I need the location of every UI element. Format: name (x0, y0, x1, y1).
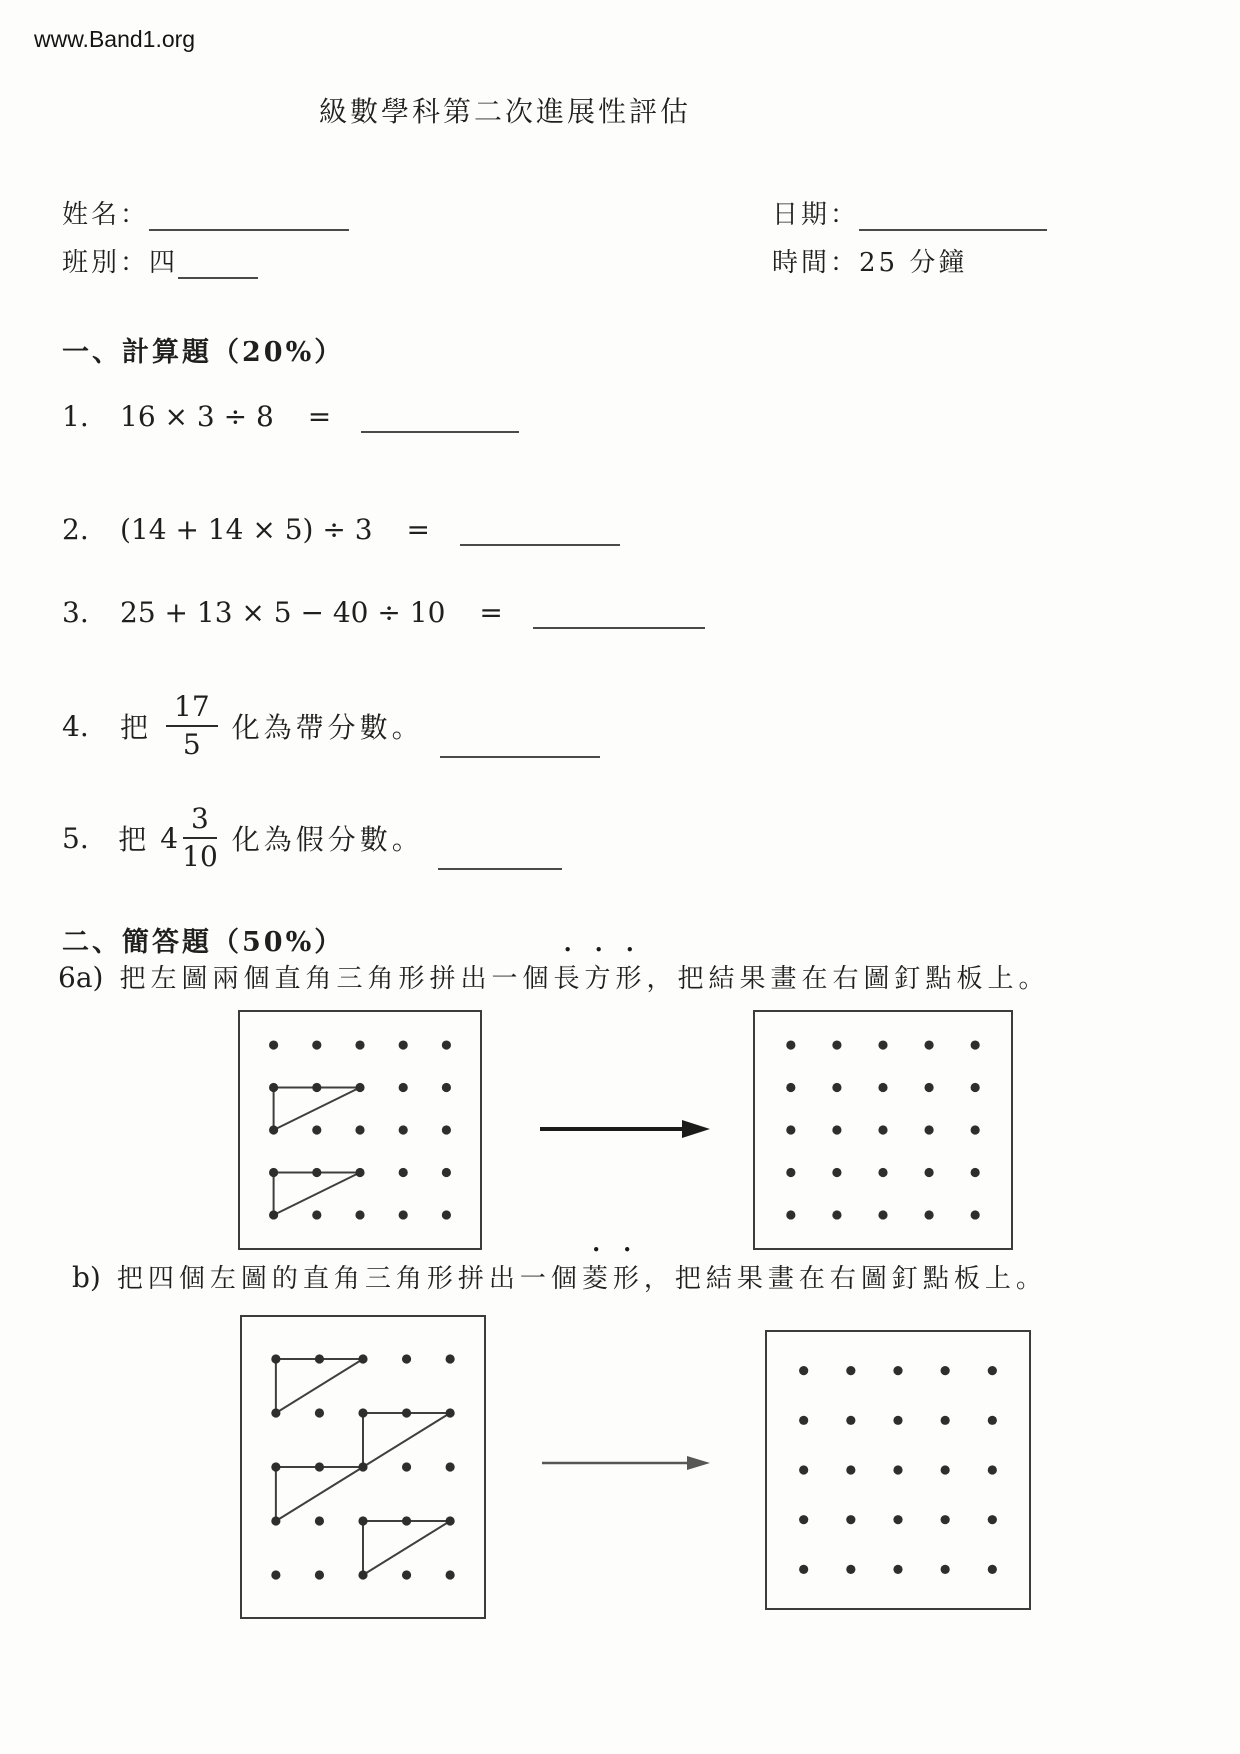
name-blank-line (149, 223, 349, 231)
question-text: 化為帶分數。 (232, 706, 424, 746)
emphasized-term: 長方形 (553, 964, 646, 994)
date-blank-line (859, 223, 1047, 231)
question-label: b) (72, 1261, 101, 1294)
question-2: 2. (14 + 14 × 5) ÷ 3 = (62, 513, 620, 546)
question-text: 把左圖兩個直角三角形拼出一個 (119, 964, 553, 994)
class-blank-line (178, 271, 258, 279)
equals-sign: = (479, 596, 502, 629)
right-arrow-icon (540, 1448, 710, 1478)
class-label: 班別： (62, 242, 149, 279)
section-2-heading: 二、簡答題（50%） (62, 920, 344, 959)
pegboard-6a-left (238, 1010, 482, 1250)
name-field-row: 姓名： (62, 194, 349, 231)
question-text: ，把結果畫在右圖釘點板上。 (647, 964, 1050, 994)
question-3: 3. 25 + 13 × 5 − 40 ÷ 10 = (62, 596, 705, 629)
right-arrow-icon (538, 1112, 710, 1146)
class-value: 四 (149, 242, 178, 279)
fraction: 3 10 (182, 803, 218, 873)
question-number: 1. (62, 400, 120, 433)
question-6a-text: 6a)把左圖兩個直角三角形拼出一個長方形，把結果畫在右圖釘點板上。 (58, 958, 1050, 995)
question-label: 6a) (58, 961, 103, 994)
question-4: 4. 把 17 5 化為帶分數。 (62, 684, 602, 768)
question-text: 把 (120, 706, 152, 746)
question-text: 把 (118, 818, 150, 858)
pegboard-6b-left (240, 1315, 486, 1619)
equals-sign: = (308, 400, 331, 433)
question-6b-text: b)把四個左圖的直角三角形拼出一個菱形，把結果畫在右圖釘點板上。 (72, 1258, 1047, 1295)
answer-blank-line (438, 862, 562, 870)
question-5: 5. 把 4 3 10 化為假分數。 (62, 796, 562, 880)
question-number: 5. (62, 822, 118, 855)
date-field-row: 日期： (772, 194, 1047, 231)
question-expression: (14 + 14 × 5) ÷ 3 (120, 513, 373, 546)
worksheet-page: www.Band1.org 級數學科第二次進展性評估 姓名： 班別： 四 日期：… (0, 0, 1240, 1754)
emphasized-term: 菱形 (582, 1264, 644, 1294)
question-expression: 25 + 13 × 5 − 40 ÷ 10 (120, 596, 445, 629)
fraction-denominator: 5 (183, 727, 201, 761)
question-number: 2. (62, 513, 120, 546)
question-text: ，把結果畫在右圖釘點板上。 (644, 1264, 1047, 1294)
fraction-numerator: 3 (183, 803, 217, 839)
question-text: 化為假分數。 (232, 818, 424, 858)
time-value: 25 分鐘 (859, 242, 967, 279)
question-text: 把四個左圖的直角三角形拼出一個 (117, 1264, 582, 1294)
time-field-row: 時間： 25 分鐘 (772, 242, 967, 279)
question-1: 1. 16 × 3 ÷ 8 = (62, 400, 519, 433)
fraction: 17 5 (166, 691, 218, 761)
answer-blank-line (440, 750, 600, 758)
site-watermark: www.Band1.org (34, 26, 195, 53)
answer-blank-line (460, 538, 620, 546)
mixed-number-whole: 4 (160, 822, 178, 855)
page-title: 級數學科第二次進展性評估 (0, 90, 1010, 130)
fraction-numerator: 17 (166, 691, 218, 727)
class-field-row: 班別： 四 (62, 242, 258, 279)
answer-blank-line (361, 425, 519, 433)
pegboard-6b-right (765, 1330, 1031, 1610)
answer-blank-line (533, 621, 705, 629)
question-number: 4. (62, 710, 120, 743)
time-label: 時間： (772, 242, 859, 279)
section-1-heading: 一、計算題（20%） (62, 330, 344, 369)
pegboard-6a-right (753, 1010, 1013, 1250)
fraction-denominator: 10 (182, 839, 218, 873)
name-label: 姓名： (62, 194, 149, 231)
question-expression: 16 × 3 ÷ 8 (120, 400, 274, 433)
question-number: 3. (62, 596, 120, 629)
equals-sign: = (407, 513, 430, 546)
date-label: 日期： (772, 194, 859, 231)
